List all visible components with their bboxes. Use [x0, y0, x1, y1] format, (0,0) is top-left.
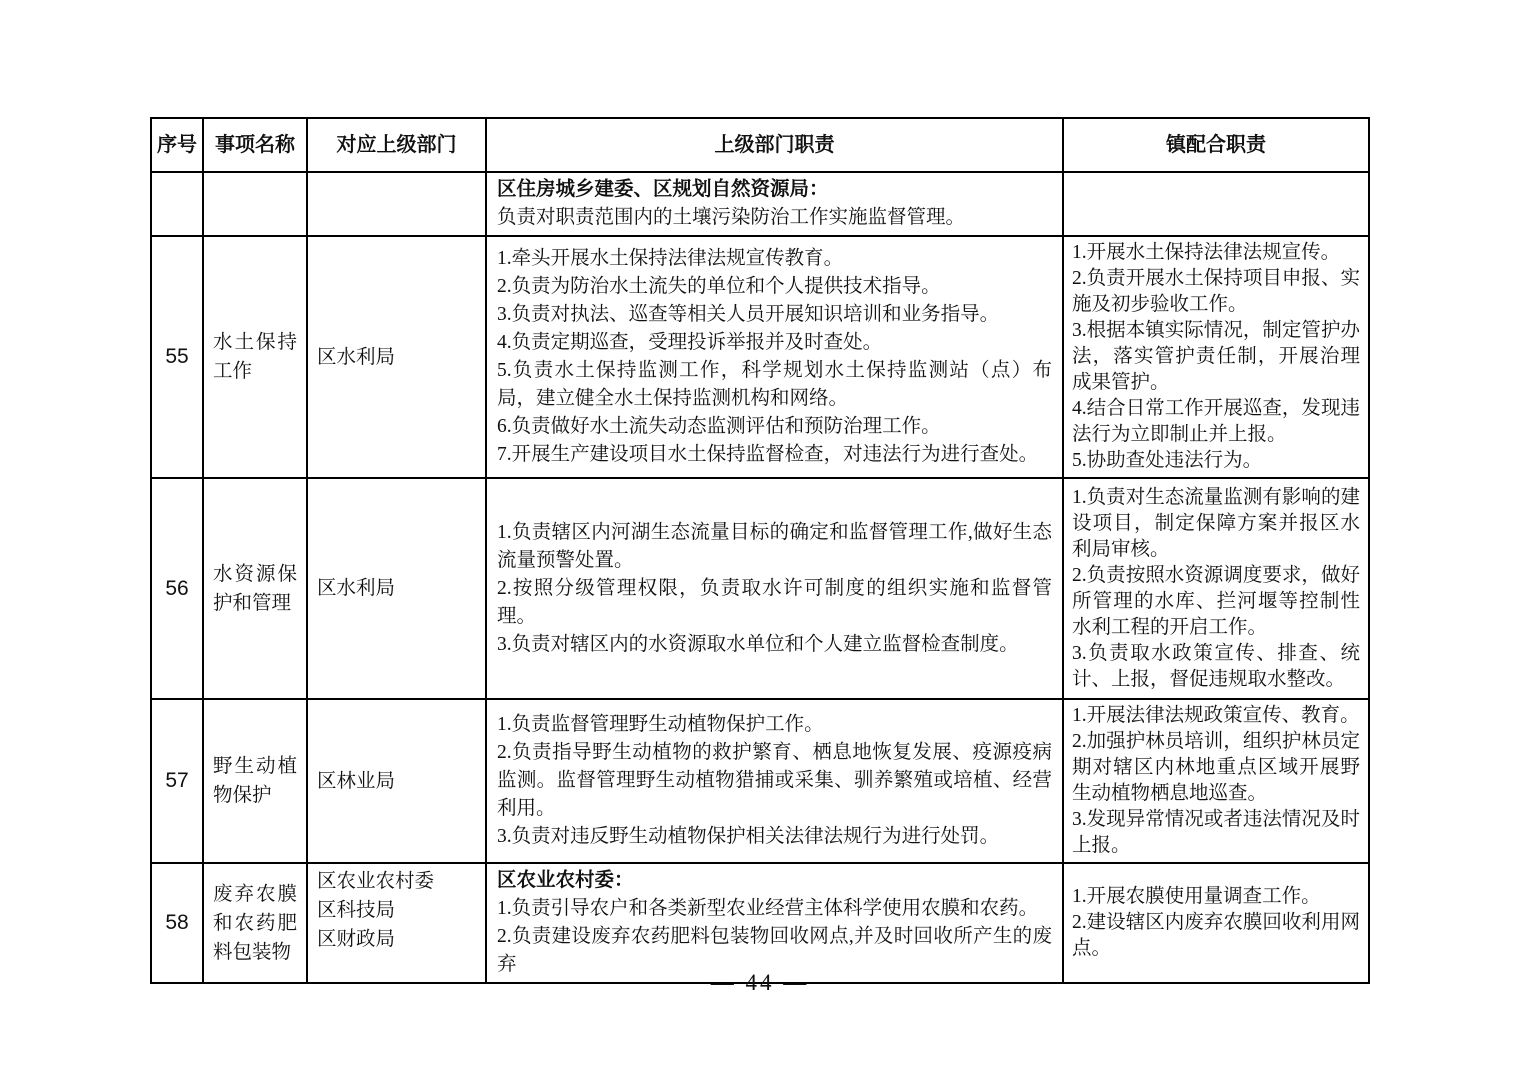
- duty-item: 6.负责做好水土流失动态监测评估和预防治理工作。: [497, 413, 1052, 441]
- serial-cell: 57: [151, 699, 203, 863]
- duty-item: 3.负责对违反野生动植物保护相关法律法规行为进行处罚。: [497, 823, 1052, 851]
- department-line: 区水利局: [317, 574, 476, 603]
- duty-item: 2.负责按照水资源调度要求，做好所管理的水库、拦河堰等控制性水利工程的开启工作。: [1072, 563, 1360, 641]
- duty-item: 3.负责对辖区内的水资源取水单位和个人建立监督检查制度。: [497, 631, 1052, 659]
- duty-item: 5.协助查处违法行为。: [1072, 448, 1360, 474]
- department-cell: 区林业局: [307, 699, 486, 863]
- header-superior-department: 对应上级部门: [307, 118, 486, 172]
- page-number: — 44 —: [0, 970, 1520, 996]
- duty-item: 2.负责开展水土保持项目申报、实施及初步验收工作。: [1072, 266, 1360, 318]
- duty-item: 1.负责引导农户和各类新型农业经营主体科学使用农膜和农药。: [497, 895, 1052, 923]
- superior-duties-cell: 1.负责辖区内河湖生态流量目标的确定和监督管理工作,做好生态流量预警处置。 2.…: [486, 478, 1063, 699]
- item-name-cell: 水资源保护和管理: [203, 478, 307, 699]
- duty-item: 5.负责水土保持监测工作，科学规划水土保持监测站（点）布局，建立健全水土保持监测…: [497, 357, 1052, 413]
- duty-item: 2.负责为防治水土流失的单位和个人提供技术指导。: [497, 273, 1052, 301]
- duty-item: 1.开展水土保持法律法规宣传。: [1072, 240, 1360, 266]
- duty-item: 1.开展农膜使用量调查工作。: [1072, 884, 1360, 910]
- item-name-cell: 野生动植物保护: [203, 699, 307, 863]
- responsibilities-table: 序号 事项名称 对应上级部门 上级部门职责 镇配合职责 区住房城乡建委、区规划自…: [150, 117, 1370, 984]
- duty-section-title: 区农业农村委：: [497, 867, 1052, 895]
- department-line: 区林业局: [317, 767, 476, 796]
- table-row-58: 58 废弃农膜和农药肥料包装物 区农业农村委 区科技局 区财政局 区农业农村委：…: [151, 863, 1369, 983]
- serial-cell: 56: [151, 478, 203, 699]
- duty-item: 4.结合日常工作开展巡查，发现违法行为立即制止并上报。: [1072, 396, 1360, 448]
- superior-duties-cell: 区农业农村委： 1.负责引导农户和各类新型农业经营主体科学使用农膜和农药。 2.…: [486, 863, 1063, 983]
- duty-item: 负责对职责范围内的土壤污染防治工作实施监督管理。: [497, 204, 1052, 232]
- table-row-56: 56 水资源保护和管理 区水利局 1.负责辖区内河湖生态流量目标的确定和监督管理…: [151, 478, 1369, 699]
- town-duties-cell: 1.负责对生态流量监测有影响的建设项目，制定保障方案并报区水利局审核。 2.负责…: [1063, 478, 1369, 699]
- department-cell: 区农业农村委 区科技局 区财政局: [307, 863, 486, 983]
- item-name-cell: 水土保持工作: [203, 236, 307, 478]
- duty-item: 1.开展法律法规政策宣传、教育。: [1072, 703, 1360, 729]
- duty-item: 2.建设辖区内废弃农膜回收利用网点。: [1072, 910, 1360, 962]
- duty-item: 3.负责对执法、巡查等相关人员开展知识培训和业务指导。: [497, 301, 1052, 329]
- header-superior-duties: 上级部门职责: [486, 118, 1063, 172]
- town-duties-cell: 1.开展水土保持法律法规宣传。 2.负责开展水土保持项目申报、实施及初步验收工作…: [1063, 236, 1369, 478]
- duty-item: 1.负责对生态流量监测有影响的建设项目，制定保障方案并报区水利局审核。: [1072, 485, 1360, 563]
- duty-item: 4.负责定期巡查，受理投诉举报并及时查处。: [497, 329, 1052, 357]
- table-row-57: 57 野生动植物保护 区林业局 1.负责监督管理野生动植物保护工作。 2.负责指…: [151, 699, 1369, 863]
- department-cell: 区水利局: [307, 236, 486, 478]
- serial-cell: [151, 172, 203, 236]
- duty-item: 2.负责指导野生动植物的救护繁育、栖息地恢复发展、疫源疫病监测。监督管理野生动植…: [497, 739, 1052, 823]
- duty-item: 1.负责辖区内河湖生态流量目标的确定和监督管理工作,做好生态流量预警处置。: [497, 519, 1052, 575]
- department-line: 区财政局: [317, 925, 476, 954]
- serial-cell: 55: [151, 236, 203, 478]
- department-cell: [307, 172, 486, 236]
- header-town-duties: 镇配合职责: [1063, 118, 1369, 172]
- department-cell: 区水利局: [307, 478, 486, 699]
- duty-item: 1.牵头开展水土保持法律法规宣传教育。: [497, 245, 1052, 273]
- header-serial-number: 序号: [151, 118, 203, 172]
- town-duties-cell: 1.开展农膜使用量调查工作。 2.建设辖区内废弃农膜回收利用网点。: [1063, 863, 1369, 983]
- duty-item: 2.按照分级管理权限，负责取水许可制度的组织实施和监督管理。: [497, 575, 1052, 631]
- department-line: 区科技局: [317, 896, 476, 925]
- duty-item: 3.根据本镇实际情况，制定管护办法，落实管护责任制，开展治理成果管护。: [1072, 318, 1360, 396]
- duty-section-title: 区住房城乡建委、区规划自然资源局：: [497, 176, 1052, 204]
- superior-duties-cell: 1.负责监督管理野生动植物保护工作。 2.负责指导野生动植物的救护繁育、栖息地恢…: [486, 699, 1063, 863]
- item-name-cell: [203, 172, 307, 236]
- duty-item: 2.加强护林员培训，组织护林员定期对辖区内林地重点区域开展野生动植物栖息地巡查。: [1072, 729, 1360, 807]
- superior-duties-cell: 区住房城乡建委、区规划自然资源局： 负责对职责范围内的土壤污染防治工作实施监督管…: [486, 172, 1063, 236]
- superior-duties-cell: 1.牵头开展水土保持法律法规宣传教育。 2.负责为防治水土流失的单位和个人提供技…: [486, 236, 1063, 478]
- duty-item: 3.发现异常情况或者违法情况及时上报。: [1072, 807, 1360, 859]
- table-row-continuation: 区住房城乡建委、区规划自然资源局： 负责对职责范围内的土壤污染防治工作实施监督管…: [151, 172, 1369, 236]
- document-page: 序号 事项名称 对应上级部门 上级部门职责 镇配合职责 区住房城乡建委、区规划自…: [0, 0, 1520, 1074]
- duty-item: 1.负责监督管理野生动植物保护工作。: [497, 711, 1052, 739]
- town-duties-cell: 1.开展法律法规政策宣传、教育。 2.加强护林员培训，组织护林员定期对辖区内林地…: [1063, 699, 1369, 863]
- town-duties-cell: [1063, 172, 1369, 236]
- header-item-name: 事项名称: [203, 118, 307, 172]
- table-row-55: 55 水土保持工作 区水利局 1.牵头开展水土保持法律法规宣传教育。 2.负责为…: [151, 236, 1369, 478]
- duty-item: 7.开展生产建设项目水土保持监督检查，对违法行为进行查处。: [497, 441, 1052, 469]
- table-header-row: 序号 事项名称 对应上级部门 上级部门职责 镇配合职责: [151, 118, 1369, 172]
- duty-item: 3.负责取水政策宣传、排查、统计、上报，督促违规取水整改。: [1072, 641, 1360, 693]
- item-name-cell: 废弃农膜和农药肥料包装物: [203, 863, 307, 983]
- department-line: 区农业农村委: [317, 867, 476, 896]
- serial-cell: 58: [151, 863, 203, 983]
- department-line: 区水利局: [317, 343, 476, 372]
